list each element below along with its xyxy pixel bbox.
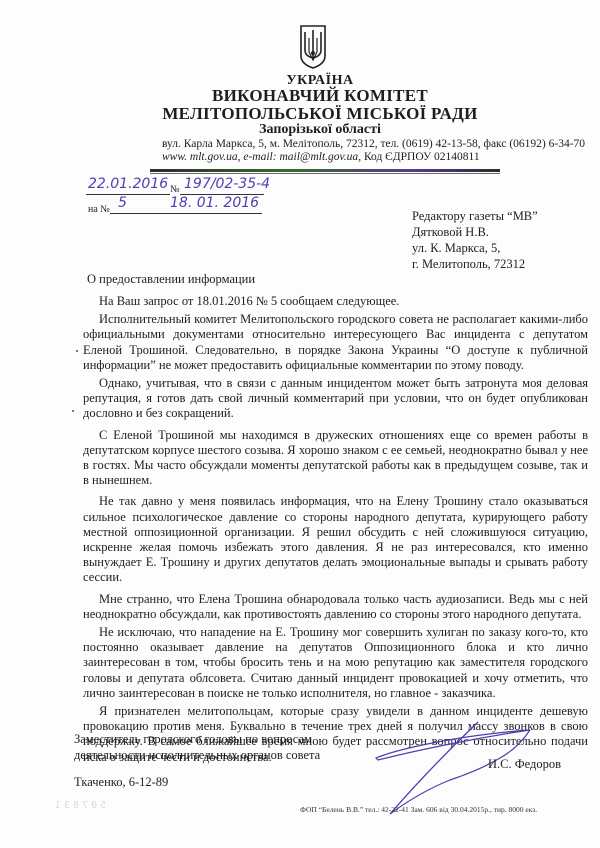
recipient-line: ул. К. Маркса, 5, — [412, 240, 538, 256]
letterhead-org-line2: МЕЛІТОПОЛЬСЬКОЇ МІСЬКОЇ РАДИ — [0, 104, 600, 124]
outgoing-date: 22.01.2016 — [88, 176, 168, 192]
letter-page: УКРАЇНА ВИКОНАВЧИЙ КОМІТЕТ МЕЛІТОПОЛЬСЬК… — [0, 0, 600, 848]
letterhead-address: вул. Карла Маркса, 5, м. Мелітополь, 723… — [162, 138, 585, 150]
serial-number-bleed-through: 507831 — [52, 800, 106, 811]
signatory-position-line: деятельности исполнительных органов сове… — [74, 747, 320, 763]
recipient-line: Дятковой Н.В. — [412, 224, 538, 240]
letterhead-region: Запорізької області — [0, 122, 600, 138]
reply-to-label: на № — [88, 204, 110, 215]
letter-body: На Ваш запрос от 18.01.2016 № 5 сообщаем… — [83, 294, 588, 768]
letter-subject: О предоставлении информации — [87, 272, 255, 287]
executor-contact: Ткаченко, 6-12-89 — [74, 775, 168, 790]
print-info: ФОП “Белень В.В.” тел.: 42-22-41 Зам. 60… — [300, 805, 537, 814]
body-paragraph: С Еленой Трошиной мы находимся в дружеск… — [83, 428, 588, 489]
letterhead-org-line1: ВИКОНАВЧИЙ КОМІТЕТ — [0, 86, 600, 106]
body-paragraph: Исполнительный комитет Мелитопольского г… — [83, 312, 588, 373]
letterhead-email-label: e-mail: — [243, 151, 276, 163]
body-paragraph: Не так давно у меня появилась информация… — [83, 494, 588, 585]
signatory-position-line: Заместитель городского головы по вопроса… — [74, 731, 320, 747]
scan-speck — [72, 410, 74, 412]
trident-coat-of-arms-icon — [299, 24, 327, 70]
scan-speck — [76, 350, 78, 352]
letterhead-website: www. mlt.gov.ua — [162, 151, 238, 163]
body-paragraph: На Ваш запрос от 18.01.2016 № 5 сообщаем… — [83, 294, 588, 309]
letterhead-divider — [150, 169, 500, 172]
letterhead-contacts: www. mlt.gov.ua, e-mail: mail@mlt.gov.ua… — [162, 151, 478, 163]
recipient-line: г. Мелитополь, 72312 — [412, 256, 538, 272]
number-sign: № — [170, 184, 180, 195]
body-paragraph: Не исключаю, что нападение на Е. Трошину… — [83, 625, 588, 701]
outgoing-number: 197/02-35-4 — [184, 176, 270, 192]
reply-to-underline — [110, 213, 262, 214]
reply-to-number: 5 — [118, 195, 127, 211]
reply-to-date: 18. 01. 2016 — [170, 195, 259, 211]
signatory-name: И.С. Федоров — [488, 757, 561, 772]
signatory-position: Заместитель городского головы по вопроса… — [74, 731, 320, 763]
body-paragraph: Мне странно, что Елена Трошина обнародов… — [83, 592, 588, 622]
letterhead-divider-thin — [150, 173, 500, 174]
recipient-line: Редактору газеты “МВ” — [412, 208, 538, 224]
body-paragraph: Однако, учитывая, что в связи с данным и… — [83, 376, 588, 422]
letterhead-email: mail@mlt.gov.ua — [279, 151, 358, 163]
letterhead-edrpou: Код ЄДРПОУ 02140811 — [364, 151, 480, 163]
outgoing-date-underline — [86, 194, 170, 195]
recipient-address: Редактору газеты “МВ” Дятковой Н.В. ул. … — [412, 208, 538, 272]
